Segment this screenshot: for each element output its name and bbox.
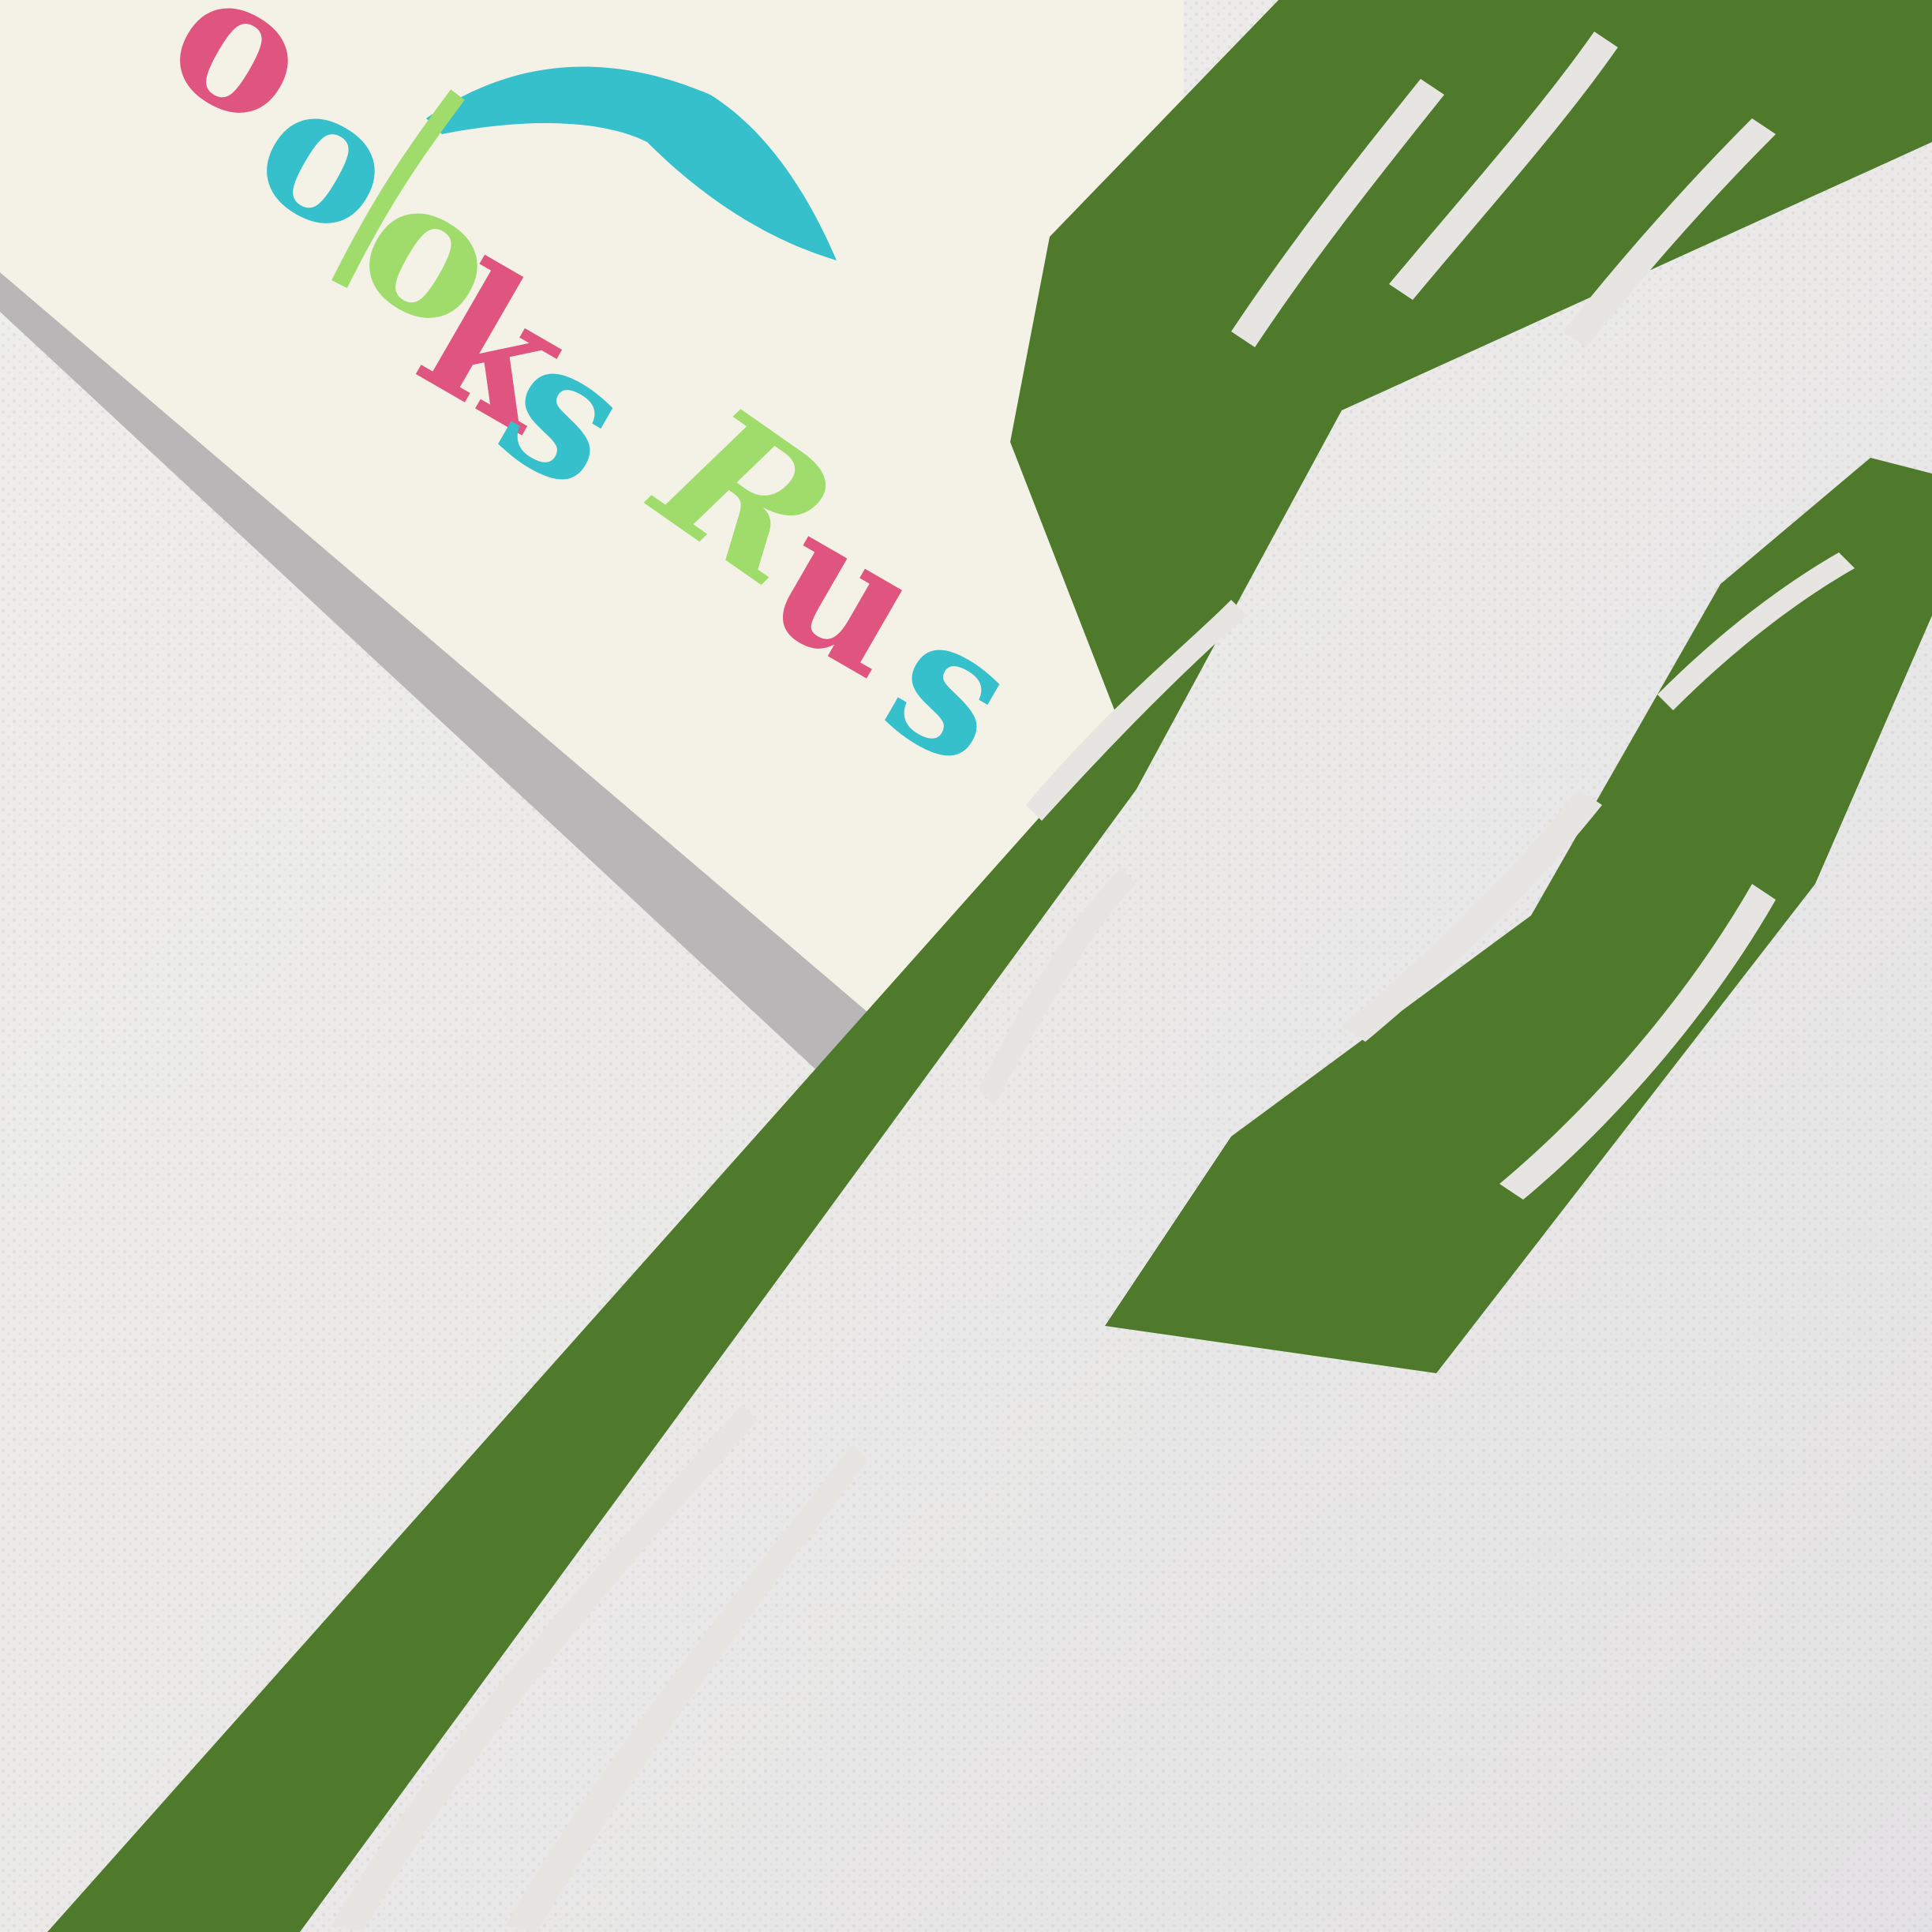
scene-canvas: oooksRus xyxy=(0,0,1932,1932)
photo-scene: Green paper-cut saguaro cactus lying on … xyxy=(0,0,1932,1932)
